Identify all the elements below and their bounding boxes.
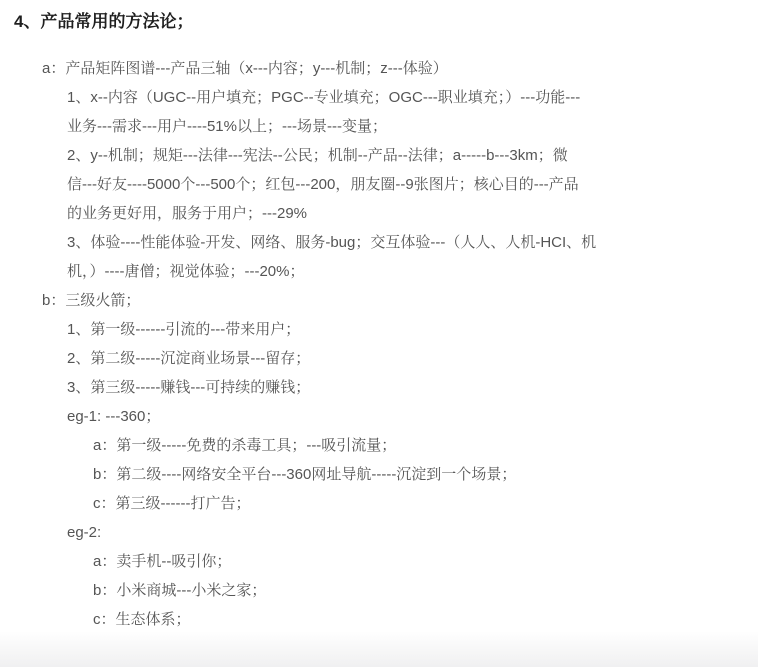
text-line: eg-1: ---360； <box>14 402 742 431</box>
page-bottom-fade <box>0 631 758 667</box>
text-line: b：小米商城---小米之家； <box>14 576 742 605</box>
text-line: b：三级火箭； <box>14 286 742 315</box>
document-body: a：产品矩阵图谱---产品三轴（x---内容；y---机制；z---体验）1、x… <box>14 54 742 634</box>
text-line: 1、x--内容（UGC--用户填充；PGC--专业填充；OGC---职业填充；）… <box>14 83 742 112</box>
text-line: 1、第一级------引流的---带来用户； <box>14 315 742 344</box>
text-line: 机，）----唐僧；视觉体验；---20%； <box>14 257 742 286</box>
text-line: c：第三级------打广告； <box>14 489 742 518</box>
text-line: 3、第三级-----赚钱---可持续的赚钱； <box>14 373 742 402</box>
text-line: 业务---需求---用户----51%以上；---场景---变量； <box>14 112 742 141</box>
text-line: eg-2: <box>14 518 742 547</box>
document-page: 4、产品常用的方法论； a：产品矩阵图谱---产品三轴（x---内容；y---机… <box>0 0 758 634</box>
text-line: a：产品矩阵图谱---产品三轴（x---内容；y---机制；z---体验） <box>14 54 742 83</box>
document-title: 4、产品常用的方法论； <box>14 7 742 36</box>
text-line: 信---好友----5000个---500个；红包---200，朋友圈--9张图… <box>14 170 742 199</box>
text-line: 3、体验----性能体验-开发、网络、服务-bug；交互体验---（人人、人机-… <box>14 228 742 257</box>
text-line: b：第二级----网络安全平台---360网址导航-----沉淀到一个场景； <box>14 460 742 489</box>
text-line: c：生态体系； <box>14 605 742 634</box>
text-line: 2、y--机制；规矩---法律---宪法--公民；机制--产品--法律；a---… <box>14 141 742 170</box>
text-line: a：第一级-----免费的杀毒工具；---吸引流量； <box>14 431 742 460</box>
text-line: 2、第二级-----沉淀商业场景---留存； <box>14 344 742 373</box>
text-line: a：卖手机--吸引你； <box>14 547 742 576</box>
text-line: 的业务更好用，服务于用户；---29% <box>14 199 742 228</box>
